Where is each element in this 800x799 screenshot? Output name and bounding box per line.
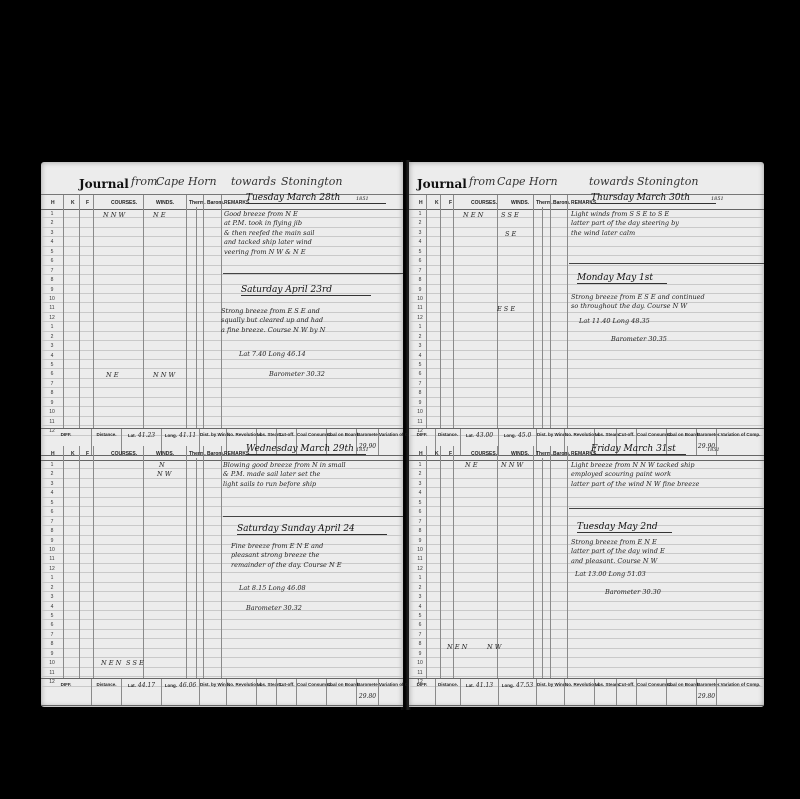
hour-row: 8 — [41, 388, 403, 397]
wind-entry: N E — [153, 211, 166, 220]
hour-row: 9 — [41, 649, 403, 658]
hour-row: 11 — [409, 417, 764, 426]
hour-label: 6 — [41, 258, 63, 264]
hour-row: 11 — [41, 554, 403, 563]
towards-label: towards — [589, 175, 634, 188]
hour-label: 8 — [41, 390, 63, 396]
hour-label: 4 — [41, 604, 63, 610]
hour-label: 12 — [41, 566, 63, 572]
hour-row: 10 — [41, 658, 403, 667]
hour-row: 5 — [409, 360, 764, 369]
towards-value: Stonington — [281, 175, 342, 188]
hour-label: 7 — [41, 268, 63, 274]
hour-label: 2 — [409, 471, 431, 477]
hour-label: 11 — [41, 670, 63, 676]
hour-row: 3 — [41, 228, 403, 237]
hour-row: 4 — [41, 351, 403, 360]
wind-entry: N N W — [501, 461, 523, 470]
hour-label: 10 — [409, 660, 431, 666]
hour-label: 5 — [409, 249, 431, 255]
position-entry: Lat 7.40 Long 46.14 — [239, 350, 306, 359]
hour-label: 1 — [409, 324, 431, 330]
daily-summary-footer: DIFF. Distance. Lat.44.17 Long.46.06 Dis… — [41, 678, 403, 706]
journal-label: Journal — [417, 177, 467, 191]
entry-date-2: Saturday April 23rd — [241, 285, 371, 296]
hour-label: 2 — [41, 220, 63, 226]
hour-label: 1 — [41, 462, 63, 468]
hour-label: 9 — [409, 400, 431, 406]
hour-label: 8 — [409, 528, 431, 534]
hour-row: 7 — [41, 630, 403, 639]
position-entry: Lat 8.15 Long 46.08 — [239, 584, 306, 593]
hour-label: 11 — [41, 556, 63, 562]
hour-row: 11 — [41, 417, 403, 426]
hour-label: 12 — [41, 315, 63, 321]
log-section-2: H K F COURSES. WINDS. Therm. Barom. REMA… — [409, 446, 764, 678]
position-entry: Lat 11.40 Long 48.35 — [579, 317, 650, 326]
hour-row: 7 — [41, 379, 403, 388]
hour-label: 4 — [409, 490, 431, 496]
hour-label: 2 — [409, 220, 431, 226]
hour-label: 9 — [41, 287, 63, 293]
course-entry: N E N — [101, 659, 121, 668]
hour-label: 5 — [41, 249, 63, 255]
hour-row: 5 — [41, 247, 403, 256]
hour-row: 4 — [409, 488, 764, 497]
log-section-1: H K F COURSES. WINDS. Therm. Barom. REMA… — [41, 195, 403, 428]
hour-label: 4 — [41, 239, 63, 245]
hour-row: 2 — [409, 332, 764, 341]
hour-row: 3 — [41, 592, 403, 601]
hour-row: 10 — [41, 545, 403, 554]
hour-row: 6 — [41, 620, 403, 629]
wind-entry: N — [159, 461, 165, 470]
page-title: Journal from Cape Horn towards Stoningto… — [41, 172, 403, 195]
hour-row: 6 — [41, 369, 403, 378]
hour-row: 2 — [41, 218, 403, 227]
hour-label: 7 — [409, 632, 431, 638]
hour-row: 1 — [41, 573, 403, 582]
hour-row: 8 — [41, 275, 403, 284]
towards-label: towards — [231, 175, 276, 188]
hour-label: 4 — [409, 604, 431, 610]
from-label: from — [469, 175, 495, 188]
hour-label: 5 — [409, 613, 431, 619]
hour-row: 2 — [41, 469, 403, 478]
lat-value: 43.00 — [476, 432, 493, 439]
hour-label: 11 — [409, 556, 431, 562]
hour-row: 5 — [409, 498, 764, 507]
hour-label: 10 — [41, 660, 63, 666]
hour-label: 1 — [409, 575, 431, 581]
hour-label: 3 — [409, 481, 431, 487]
hour-row: 7 — [409, 630, 764, 639]
hour-row: 5 — [409, 611, 764, 620]
entry-year: 1851 — [356, 195, 369, 204]
wind-entry: N N W — [153, 371, 175, 380]
hour-label: 7 — [409, 268, 431, 274]
hour-label: 1 — [41, 324, 63, 330]
hour-label: 4 — [41, 353, 63, 359]
hour-label: 8 — [41, 528, 63, 534]
hour-row: 5 — [41, 360, 403, 369]
hour-row: 11 — [409, 668, 764, 677]
page-title: Journal from Cape Horn towards Stoningto… — [409, 172, 764, 195]
hour-label: 8 — [409, 277, 431, 283]
entry-date: Friday March 31st — [591, 444, 686, 455]
hour-row: 7 — [409, 379, 764, 388]
hour-label: 9 — [409, 287, 431, 293]
log-section-1: H K F COURSES. WINDS. Therm. Barom. REMA… — [409, 195, 764, 428]
hour-label: 10 — [41, 296, 63, 302]
remarks-block-2: Strong breeze from E N E latter part of … — [571, 538, 665, 566]
entry-date: Thursday March 30th — [591, 193, 716, 204]
remarks-block-1: Blowing good breeze from N in small & P.… — [223, 461, 346, 489]
remarks-block-2: Strong breeze from E S E and squally but… — [221, 307, 325, 335]
hour-label: 7 — [41, 381, 63, 387]
hour-label: 10 — [409, 409, 431, 415]
hour-label: 9 — [409, 651, 431, 657]
header-k: K — [71, 200, 75, 206]
hour-row: 5 — [41, 498, 403, 507]
hour-label: 3 — [41, 594, 63, 600]
barometer-entry: Barometer 30.32 — [269, 370, 325, 379]
lat-value: 41.23 — [138, 432, 155, 439]
barometer-entry: Barometer 30.35 — [611, 335, 667, 344]
course-entry: N E N — [463, 211, 483, 220]
hour-row: 9 — [41, 398, 403, 407]
course-entry: N N W — [103, 211, 125, 220]
header-h: H — [51, 200, 55, 206]
hour-row: 3 — [41, 479, 403, 488]
hour-row: 4 — [41, 488, 403, 497]
hour-label: 1 — [41, 211, 63, 217]
from-value: Cape Horn — [497, 175, 558, 188]
hour-label: 9 — [41, 651, 63, 657]
journal-label: Journal — [79, 177, 129, 191]
entry-year: 1851 — [356, 446, 369, 455]
hour-label: 12 — [409, 315, 431, 321]
hour-row: 4 — [41, 602, 403, 611]
hour-label: 4 — [41, 490, 63, 496]
hour-label: 11 — [41, 305, 63, 311]
hour-row: 3 — [409, 341, 764, 350]
hour-label: 2 — [41, 471, 63, 477]
hour-row: 9 — [41, 536, 403, 545]
barometer-entry: Barometer 30.30 — [605, 588, 661, 597]
hour-row: 6 — [409, 620, 764, 629]
barometer-value: 29.80 — [697, 693, 716, 700]
entry-date-2: Monday May 1st — [577, 273, 667, 284]
hour-label: 6 — [41, 622, 63, 628]
remarks-block-1: Good breeze from N E at P.M. took in fly… — [224, 210, 314, 257]
hour-label: 6 — [41, 371, 63, 377]
header-f: F — [86, 200, 89, 206]
hour-label: 7 — [41, 519, 63, 525]
right-page: Journal from Cape Horn towards Stoningto… — [409, 162, 764, 707]
entry-date-2: Tuesday May 2nd — [577, 522, 672, 533]
hour-label: 1 — [41, 575, 63, 581]
long-value: 45.0 — [518, 432, 531, 439]
hour-label: 10 — [409, 547, 431, 553]
header-courses: COURSES. — [111, 200, 137, 206]
remarks-block-1: Light breeze from N N W tacked ship empl… — [571, 461, 699, 489]
hour-label: 2 — [409, 585, 431, 591]
lat-value: 44.17 — [138, 682, 155, 689]
hour-row: 5 — [41, 611, 403, 620]
hour-label: 8 — [409, 641, 431, 647]
hour-label: 3 — [41, 343, 63, 349]
header-winds: WINDS. — [156, 200, 174, 206]
remarks-block-2: Fine breeze from E N E and pleasant stro… — [231, 542, 341, 570]
hour-label: 3 — [409, 343, 431, 349]
wind-entry: N W — [157, 470, 171, 479]
course-entry: N E — [465, 461, 478, 470]
position-entry: Lat 13.00 Long 51.03 — [575, 570, 646, 579]
hour-row: 4 — [409, 602, 764, 611]
hour-label: 3 — [41, 230, 63, 236]
hour-label: 11 — [409, 419, 431, 425]
hour-label: 2 — [41, 585, 63, 591]
hour-row: 10 — [41, 407, 403, 416]
hour-label: 9 — [41, 538, 63, 544]
hour-label: 6 — [41, 509, 63, 515]
hour-rows: 123456789101112123456789101112 — [41, 460, 403, 687]
wind-entry: E S E — [497, 305, 515, 314]
hour-row: 12 — [41, 564, 403, 573]
entry-date-2: Saturday Sunday April 24 — [237, 524, 387, 535]
hour-row: 6 — [41, 256, 403, 265]
hour-label: 12 — [409, 566, 431, 572]
hour-label: 1 — [409, 462, 431, 468]
from-value: Cape Horn — [156, 175, 217, 188]
hour-label: 1 — [409, 211, 431, 217]
remarks-block-2: Strong breeze from E S E and continued s… — [571, 293, 705, 312]
entry-year: 1851 — [711, 195, 724, 204]
hour-label: 8 — [41, 277, 63, 283]
hour-label: 8 — [409, 390, 431, 396]
course-entry: N E — [106, 371, 119, 380]
hour-row: 6 — [409, 256, 764, 265]
hour-row: 3 — [409, 592, 764, 601]
wind-entry: S S E — [126, 659, 144, 668]
hour-label: 5 — [41, 500, 63, 506]
hour-label: 10 — [41, 409, 63, 415]
entry-date: Wednesday March 29th — [246, 444, 366, 455]
hour-row: 2 — [409, 583, 764, 592]
hour-label: 2 — [41, 334, 63, 340]
hour-row: 4 — [409, 237, 764, 246]
course-entry: N E N — [447, 643, 467, 652]
hour-label: 3 — [409, 230, 431, 236]
hour-row: 2 — [41, 583, 403, 592]
daily-summary-footer: DIFF. Distance. Lat.41.13 Long.47.53 Dis… — [409, 678, 764, 706]
hour-label: 5 — [409, 362, 431, 368]
hour-label: 10 — [409, 296, 431, 302]
long-value: 46.06 — [179, 682, 196, 689]
hour-label: 6 — [409, 258, 431, 264]
hour-row: 8 — [409, 388, 764, 397]
wind-entry: S S E — [501, 211, 519, 220]
hour-label: 10 — [41, 547, 63, 553]
long-value: 47.53 — [516, 682, 533, 689]
hour-row: 6 — [409, 369, 764, 378]
hour-label: 3 — [41, 481, 63, 487]
hour-row: 4 — [41, 237, 403, 246]
hour-label: 2 — [409, 334, 431, 340]
hour-label: 4 — [409, 353, 431, 359]
hour-label: 5 — [41, 362, 63, 368]
hour-label: 6 — [409, 622, 431, 628]
hour-label: 6 — [409, 509, 431, 515]
hour-row: 5 — [409, 247, 764, 256]
hour-label: 11 — [41, 419, 63, 425]
barometer-entry: Barometer 30.32 — [246, 604, 302, 613]
hour-label: 4 — [409, 239, 431, 245]
hour-row: 10 — [409, 658, 764, 667]
hour-label: 5 — [41, 613, 63, 619]
hour-row: 9 — [409, 398, 764, 407]
hour-label: 11 — [409, 670, 431, 676]
hour-row: 1 — [41, 460, 403, 469]
hour-label: 7 — [409, 519, 431, 525]
long-value: 41.11 — [179, 432, 196, 439]
towards-value: Stonington — [637, 175, 698, 188]
barometer-value: 29.80 — [357, 693, 378, 700]
left-page: Journal from Cape Horn towards Stoningto… — [41, 162, 403, 707]
hour-row: 8 — [41, 639, 403, 648]
entry-year: 1851 — [707, 446, 720, 455]
hour-row: 10 — [409, 407, 764, 416]
log-section-2: H K F COURSES. WINDS. Therm. Barom. REMA… — [41, 446, 403, 678]
lat-value: 41.13 — [476, 682, 493, 689]
hour-label: 9 — [41, 400, 63, 406]
hour-row: 1 — [41, 209, 403, 218]
hour-label: 7 — [41, 632, 63, 638]
hour-label: 7 — [409, 381, 431, 387]
from-label: from — [131, 175, 157, 188]
hour-label: 8 — [41, 641, 63, 647]
wind-entry: S E — [505, 230, 516, 239]
hour-row: 4 — [409, 351, 764, 360]
remarks-block-1: Light winds from S S E to S E latter par… — [571, 210, 679, 238]
hour-row: 3 — [41, 341, 403, 350]
wind-entry: N W — [487, 643, 501, 652]
hour-row: 11 — [41, 668, 403, 677]
hour-label: 11 — [409, 305, 431, 311]
hour-label: 9 — [409, 538, 431, 544]
hour-label: 5 — [409, 500, 431, 506]
hour-label: 6 — [409, 371, 431, 377]
hour-label: 3 — [409, 594, 431, 600]
